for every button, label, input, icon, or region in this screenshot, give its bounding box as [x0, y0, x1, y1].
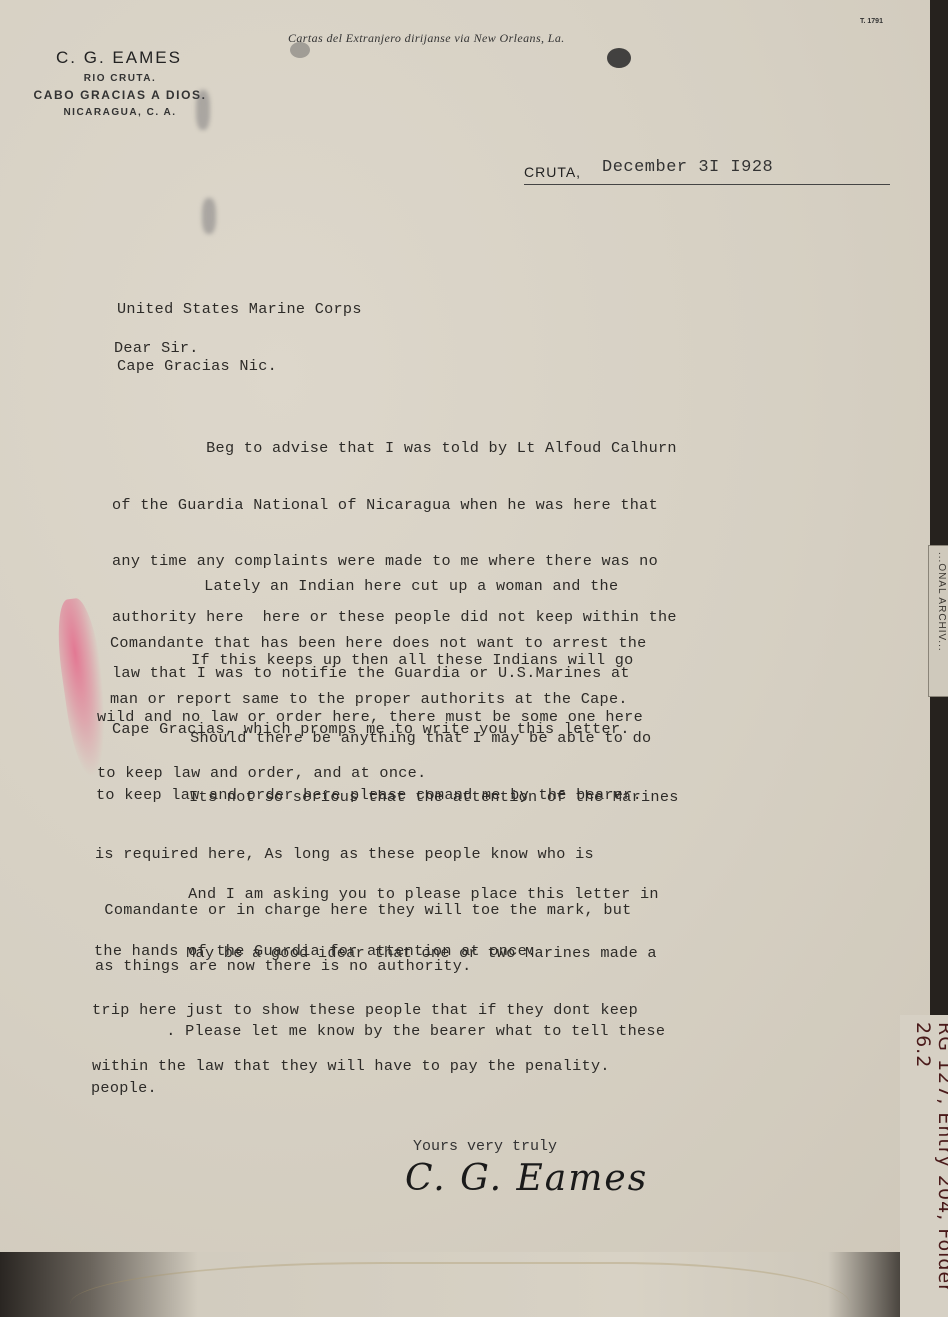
date-place: CRUTA,	[524, 164, 581, 180]
text-line: people.	[91, 1079, 665, 1098]
letter-date: December 3I I928	[602, 158, 773, 177]
ink-smudge	[196, 90, 210, 130]
salutation: Dear Sir.	[114, 339, 199, 358]
closing: Yours very truly	[413, 1138, 557, 1155]
recipient-line1: United States Marine Corps	[117, 300, 362, 319]
letterhead-name: C. G. EAMES	[0, 48, 240, 68]
ink-smudge	[202, 198, 216, 234]
archive-stamp-text: ...ONAL ARCHIV...	[929, 552, 947, 652]
mail-note: Cartas del Extranjero dirijanse via New …	[288, 31, 565, 46]
text-line: Beg to advise that I was told by Lt Alfo…	[112, 439, 677, 458]
recipient-block: United States Marine Corps Cape Gracias …	[117, 263, 362, 394]
text-line: . Please let me know by the bearer what …	[91, 1022, 665, 1041]
ink-blot	[607, 48, 631, 68]
text-line: If this keeps up then all these Indians …	[97, 651, 643, 670]
signature: C. G. Eames	[405, 1158, 648, 1199]
recipient-line2: Cape Gracias Nic.	[117, 357, 362, 376]
paragraph-8: . Please let me know by the bearer what …	[91, 985, 665, 1116]
form-number: T. 1791	[860, 18, 883, 25]
text-line: Lately an Indian here cut up a woman and…	[110, 577, 647, 596]
text-line: May be a good idear that one or two Mari…	[92, 944, 657, 963]
text-line: Should there be anything that I may be a…	[96, 729, 651, 748]
dateline: CRUTA, December 3I I928	[524, 158, 890, 185]
ink-blot	[290, 42, 310, 58]
archive-notation: RG 127, Entry 204, Folder 26.2	[912, 1022, 948, 1317]
text-line: Its not so serious that the attention of…	[95, 788, 679, 807]
text-line: And I am asking you to please place this…	[94, 885, 659, 904]
letterhead-line1: RIO CRUTA.	[0, 73, 240, 84]
text-line: of the Guardia National of Nicaragua whe…	[112, 496, 677, 515]
